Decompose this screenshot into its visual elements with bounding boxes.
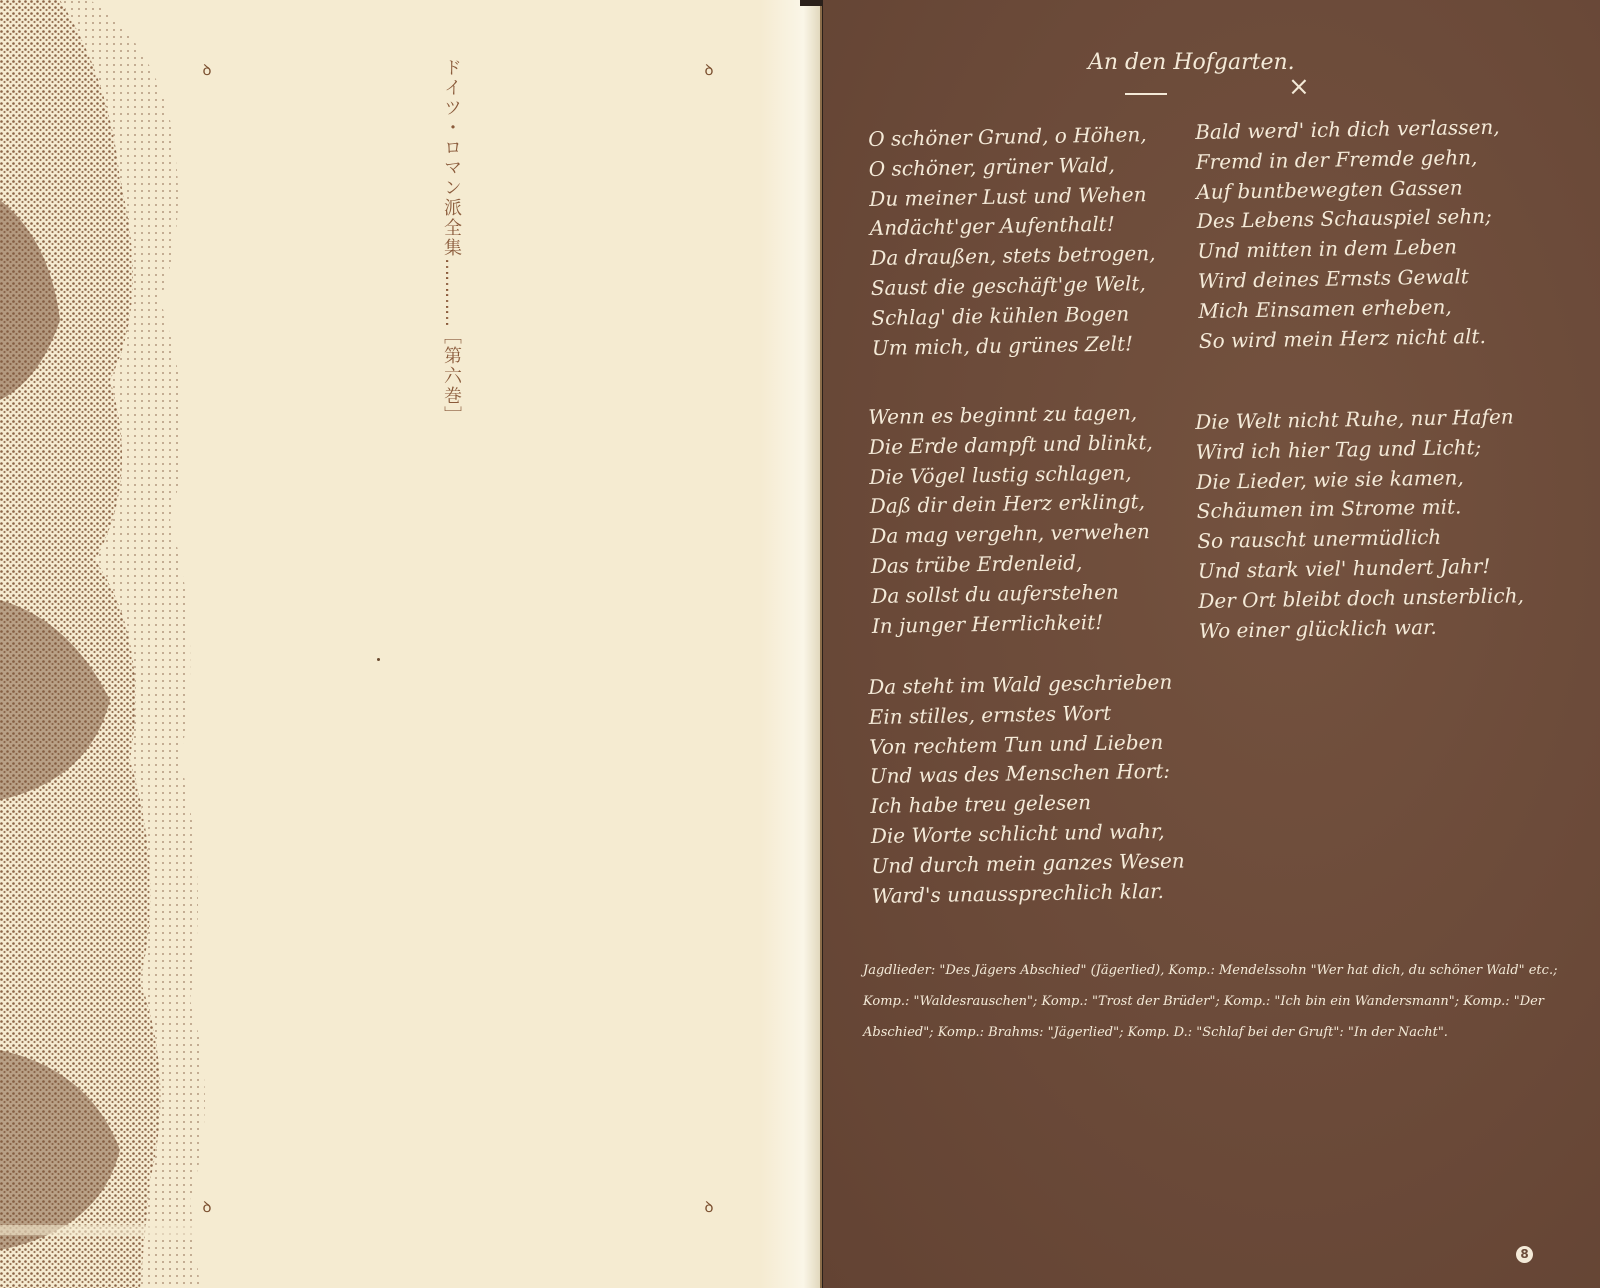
stanza-1: O schöner Grund, o Höhen, O schöner, grü… (868, 120, 1157, 363)
verse-line: So wird mein Herz nicht alt. (1199, 321, 1504, 356)
series-title: ドイツ・ロマン派全集 (441, 58, 462, 258)
verse-line: Und was des Menschen Hort: (870, 757, 1184, 792)
gutter-shading (760, 0, 822, 1288)
verse-line: Wird ich hier Tag und Licht; (1196, 432, 1522, 467)
volume-label: ［第六巻］ (441, 326, 462, 426)
stippled-landscape-illustration (0, 0, 260, 1288)
verse-line: Da steht im Wald geschrieben (868, 668, 1182, 703)
page-number: 8 (1516, 1246, 1533, 1263)
verse-line: Der Ort bleibt doch unsterblich, (1198, 581, 1524, 616)
verse-line: Da sollst du auferstehen (871, 577, 1155, 612)
stanza-3: Da steht im Wald geschrieben Ein stilles… (868, 668, 1185, 912)
corner-ornament-icon: ꝺ (702, 1200, 716, 1214)
manuscript-title: An den Hofgarten. (1088, 50, 1295, 75)
title-underline (1125, 93, 1167, 95)
verse-line: Die Erde dampft und blinkt, (869, 428, 1153, 463)
verse-line: Um mich, du grünes Zelt! (872, 329, 1158, 364)
verse-line: O schöner Grund, o Höhen, (868, 120, 1154, 155)
stanza-4: Bald werd' ich dich verlassen, Fremd in … (1195, 113, 1504, 357)
verse-line: Da mag vergehn, verwehen (870, 517, 1154, 552)
cross-mark: × (1288, 72, 1310, 102)
manuscript-footnote: Jagdlieder: "Des Jägers Abschied" (Jäger… (863, 955, 1583, 1048)
right-page-manuscript: An den Hofgarten. × O schöner Grund, o H… (823, 0, 1600, 1288)
verse-line: Saust die geschäft'ge Welt, (871, 269, 1157, 304)
corner-ornament-icon: ꝺ (702, 63, 716, 77)
leader-dots: ………… (441, 258, 462, 326)
verse-line: Wenn es beginnt zu tagen, (868, 398, 1152, 433)
stanza-5: Die Welt nicht Ruhe, nur Hafen Wird ich … (1195, 402, 1525, 646)
verse-line: In junger Herrlichkeit! (872, 607, 1156, 642)
verse-line: Und durch mein ganzes Wesen (871, 846, 1185, 881)
spine-edge (820, 0, 822, 1288)
series-title-vertical: ドイツ・ロマン派全集…………［第六巻］ (438, 58, 464, 426)
verse-line: Wird deines Ernsts Gewalt (1198, 262, 1503, 297)
ink-speck (377, 658, 380, 661)
verse-line: Fremd in der Fremde gehn, (1196, 142, 1501, 177)
verse-line: O schöner, grüner Wald, (869, 150, 1155, 185)
verse-line: Wo einer glücklich war. (1199, 611, 1525, 646)
stanza-2: Wenn es beginnt zu tagen, Die Erde dampf… (868, 398, 1156, 641)
verse-line: Schlag' die kühlen Bogen (871, 299, 1157, 334)
corner-ornament-icon: ꝺ (200, 63, 214, 77)
left-page: ꝺ ꝺ ꝺ ꝺ ドイツ・ロマン派全集…………［第六巻］ (0, 0, 822, 1288)
corner-ornament-icon: ꝺ (200, 1200, 214, 1214)
verse-line: Ward's unaussprechlich klar. (872, 876, 1186, 911)
